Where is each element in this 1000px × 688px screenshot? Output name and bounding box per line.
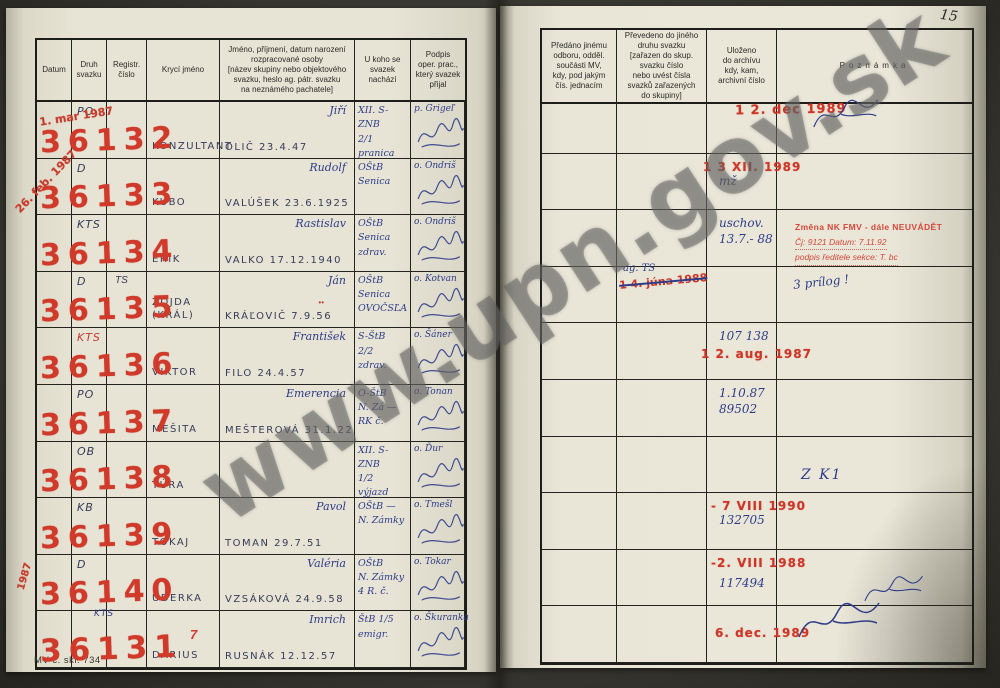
poznamka-cell: [777, 606, 972, 663]
col-header-kryci-jmeno: Krycí jméno: [147, 40, 220, 102]
u-koho-cell: OŠtB N. Zámky 4 R. č.: [355, 555, 411, 612]
podpis-cell: o. Tonan: [411, 385, 465, 442]
first-name: Jiří: [329, 104, 346, 117]
col-header-registr-cislo: Registr. číslo: [107, 40, 147, 102]
left-page: Datum Druh svazku Registr. číslo Krycí j…: [6, 8, 496, 672]
file-type-note: D: [77, 558, 86, 571]
poznamka-cell: [777, 493, 972, 550]
col-header-jmeno: Jméno, příjmení, datum narození rozpraco…: [220, 40, 355, 102]
col-header-druh-svazku: Druh svazku: [72, 40, 107, 102]
u-koho-cell: ŠtB 1/5 emigr.: [355, 611, 411, 668]
predano-cell: [542, 437, 617, 494]
prevedeno-cell: [617, 97, 707, 154]
podpis-cell: p. Grigeľ: [411, 102, 465, 159]
jmeno-cell: Pavol TOMAN 29.7.51: [220, 498, 355, 555]
registration-number-stamp: 36139: [39, 516, 180, 556]
podpis-cell: o. Kotvan: [411, 272, 465, 329]
prevedeno-cell: [617, 154, 707, 211]
archive-date-stamp: 1 2. dec 1989: [735, 103, 776, 119]
prevedeno-cell: [617, 437, 707, 494]
archive-date-stamp: - 7 VIII 1990: [711, 499, 776, 513]
table-row: -2. VIII 1988 117494: [542, 550, 972, 607]
first-name: František: [293, 330, 346, 343]
file-type-note: KB: [77, 501, 94, 514]
signature-name: o. Tokar: [414, 557, 451, 567]
table-row: 1 2. dec 1989: [542, 97, 972, 154]
jmeno-cell: Rudolf VALÚŠEK 23.6.1925: [220, 159, 355, 216]
file-holder-note: XII. S-ZNB 1/2 výjazd: [358, 444, 410, 501]
predano-cell: [542, 210, 617, 267]
signature-scribble-icon: [413, 456, 465, 494]
signature-name: o. Škuranka: [414, 613, 469, 623]
left-table-header: Datum Druh svazku Registr. číslo Krycí j…: [37, 40, 465, 102]
jmeno-cell: Imrich RUSNÁK 12.12.57: [220, 611, 355, 668]
registration-number-stamp: 36133: [39, 177, 180, 217]
first-name: Rastislav: [295, 217, 346, 230]
jmeno-cell: [220, 442, 355, 499]
pen-flourish-icon: [793, 596, 883, 648]
file-holder-note: OŠtB N. Zámky 4 R. č.: [358, 557, 404, 600]
col-header-ulozeno: Uloženo do archívu kdy, kam, archivní čí…: [707, 30, 777, 104]
signature-scribble-icon: [413, 625, 465, 663]
surname-and-birthdate: MEŠTEROVÁ 31.1.22: [225, 425, 353, 436]
signature-name: o. Ďur: [414, 444, 442, 454]
jmeno-cell: František FILO 24.4.57: [220, 328, 355, 385]
prevedeno-cell: [617, 606, 707, 663]
podpis-cell: o. Tokar: [411, 555, 465, 612]
col-header-u-koho: U koho se svazek nachází: [355, 40, 411, 102]
table-row: - 7 VIII 1990 132705: [542, 493, 972, 550]
file-holder-note: S-ŠtB 2/2 zdrav.: [358, 330, 387, 373]
jmeno-cell: Ján KRÁĽOVIČ 7.9.56: [220, 272, 355, 329]
first-name: Imrich: [309, 613, 346, 626]
right-page: 15 Předáno jinému odboru, odděl. součást…: [500, 6, 986, 668]
remark-note: Z K1: [801, 467, 843, 483]
crossed-date-stamp: 1 4. júna 1988: [619, 271, 708, 292]
registration-number-stamp: 36134: [39, 233, 180, 273]
table-row: OB TÚRA XII. S-ZNB 1/2: [37, 442, 465, 499]
poznamka-cell: [777, 154, 972, 211]
u-koho-cell: OŠtB — N. Zámky: [355, 498, 411, 555]
signature-name: o. Ondriš: [414, 217, 456, 227]
u-koho-cell: S-ŠtB 2/2 zdrav.: [355, 328, 411, 385]
registration-number-stamp: 36140: [39, 573, 180, 613]
registry-table-right: Předáno jinému odboru, odděl. součásti M…: [540, 28, 974, 665]
table-row: 26. feb. 1987 D KUBO Rudolf: [37, 159, 465, 216]
archive-number-note: uschov. 13.7.- 88: [719, 216, 776, 247]
ulozeno-cell: 1 2. dec 1989: [707, 97, 777, 154]
signature-scribble-icon: [413, 512, 465, 550]
file-holder-note: OŠtB — N. Zámky: [358, 500, 404, 529]
page-number: 15: [939, 7, 959, 25]
file-holder-note: OŠtB Senica zdrav.: [358, 217, 390, 260]
ulozeno-cell: 6. dec. 1989: [707, 606, 777, 663]
ulozeno-cell: [707, 437, 777, 494]
col-header-podpis: Podpis oper. prac., který svazek přijal: [411, 40, 465, 102]
jmeno-cell: Rastislav VALKO 17.12.1940: [220, 215, 355, 272]
registry-table-left: Datum Druh svazku Registr. číslo Krycí j…: [35, 38, 467, 670]
prevedeno-cell: [617, 323, 707, 380]
signature-scribble-icon: [413, 569, 465, 607]
surname-and-birthdate: OLIČ 23.4.47: [225, 142, 308, 153]
u-koho-cell: OŠtB Senica OVOČSĽA: [355, 272, 411, 329]
file-type-note: D: [77, 275, 86, 288]
table-row: KTS ERIK Rastislav VALKO 17.12.1940: [37, 215, 465, 272]
ulozeno-cell: 1.10.87 89502: [707, 380, 777, 437]
table-row: 1987 D ÚDERKA Valéria VZS: [37, 555, 465, 612]
signature-scribble-icon: [413, 173, 465, 211]
surname-and-birthdate: TOMAN 29.7.51: [225, 538, 323, 549]
right-table-header: Předáno jinému odboru, odděl. součásti M…: [542, 30, 972, 97]
archive-number-note: 107 138: [719, 329, 776, 345]
first-name: Valéria: [307, 557, 346, 570]
ulozeno-cell: 107 138 1 2. aug. 1987: [707, 323, 777, 380]
right-table-body: 1 2. dec 1989: [542, 97, 972, 663]
signature-scribble-icon: [413, 116, 465, 154]
ulozeno-cell: uschov. 13.7.- 88: [707, 210, 777, 267]
predano-cell: [542, 97, 617, 154]
podpis-cell: o. Ondriš: [411, 159, 465, 216]
file-type-note: D: [77, 162, 86, 175]
registration-number-stamp: 36131: [39, 628, 183, 669]
predano-cell: [542, 267, 617, 324]
podpis-cell: o. Šáner: [411, 328, 465, 385]
podpis-cell: o. Ďur: [411, 442, 465, 499]
table-row: uschov. 13.7.- 88 Změna NK FMV - dále NE…: [542, 210, 972, 267]
table-row: D TS ZOJDA (KRÁL) Ján KRÁĽOVIČ 7.9.56: [37, 272, 465, 329]
table-row: PO MEŠITA Emerencia MEŠTEROVÁ 31.1.22: [37, 385, 465, 442]
podpis-cell: o. Tmešl: [411, 498, 465, 555]
u-koho-cell: OŠtB Senica zdrav.: [355, 215, 411, 272]
signature-name: p. Grigeľ: [414, 104, 455, 114]
poznamka-cell: [777, 380, 972, 437]
predano-cell: [542, 323, 617, 380]
ulozeno-cell: [707, 267, 777, 324]
u-koho-cell: OŠtB Senica: [355, 159, 411, 216]
registration-number-stamp: 36135: [39, 290, 180, 330]
table-row: 1.10.87 89502: [542, 380, 972, 437]
signature-name: o. Šáner: [414, 330, 452, 340]
archive-date-stamp: -2. VIII 1988: [711, 556, 776, 570]
predano-cell: [542, 606, 617, 663]
remark-note: 3 prílog !: [792, 272, 849, 292]
poznamka-cell: [777, 97, 972, 154]
registration-number-stamp: 36138: [39, 460, 180, 500]
col-header-datum: Datum: [37, 40, 72, 102]
table-row: Z K1: [542, 437, 972, 494]
file-type-note: PO: [77, 388, 94, 401]
archive-number-note: 117494: [719, 576, 776, 592]
predano-cell: [542, 550, 617, 607]
pen-flourish-icon: [809, 95, 881, 135]
signature-scribble-icon: [413, 286, 465, 324]
file-holder-note: XII. S-ZNB 2/1 pranica: [358, 104, 410, 161]
file-holder-note: O-ŠtB N. Zá — RK č.: [358, 387, 397, 430]
prevedeno-cell: [617, 550, 707, 607]
archive-date-stamp: 1 2. aug. 1987: [701, 347, 776, 361]
jmeno-cell: Emerencia MEŠTEROVÁ 31.1.22: [220, 385, 355, 442]
table-row: KB TOKAJ Pavol TOMAN 29.7.51: [37, 498, 465, 555]
signature-name: o. Ondriš: [414, 161, 456, 171]
predano-cell: [542, 154, 617, 211]
ulozeno-cell: -2. VIII 1988 117494: [707, 550, 777, 607]
file-type-note: OB: [77, 445, 95, 458]
signature-scribble-icon: [413, 342, 465, 380]
surname-and-birthdate: KRÁĽOVIČ 7.9.56: [225, 311, 332, 322]
left-table-body: 1. mar 1987 PO KONZULTANT Jiří: [37, 102, 465, 668]
u-koho-cell: O-ŠtB N. Zá — RK č.: [355, 385, 411, 442]
table-row: ag. TS 1 4. júna 1988 3 prílog !: [542, 267, 972, 324]
date-stamp: 1987: [16, 561, 34, 591]
archive-number-note: 132705: [719, 513, 776, 529]
file-type-note: KTS: [77, 218, 101, 231]
surname-and-birthdate: FILO 24.4.57: [225, 368, 306, 379]
archive-number-note: 1.10.87 89502: [719, 386, 776, 417]
signature-name: o. Tmešl: [414, 500, 452, 510]
table-row: 1 3 XII. 1989 mž: [542, 154, 972, 211]
surname-and-birthdate: RUSNÁK 12.12.57: [225, 651, 337, 662]
first-name: Ján: [328, 274, 346, 287]
file-holder-note: OŠtB Senica OVOČSĽA: [358, 274, 407, 317]
jmeno-cell: Jiří OLIČ 23.4.47: [220, 102, 355, 159]
predano-cell: [542, 493, 617, 550]
registration-number-stamp: 36137: [39, 403, 180, 443]
table-row: 6. dec. 1989: [542, 606, 972, 663]
first-name: Rudolf: [309, 161, 346, 174]
prevedeno-cell: ag. TS 1 4. júna 1988: [617, 267, 707, 324]
poznamka-cell: Změna NK FMV - dále NEUVÁDĚT Čj: 9121 Da…: [777, 210, 972, 267]
signature-name: o. Kotvan: [414, 274, 457, 284]
first-name: Emerencia: [286, 387, 346, 400]
table-row: 107 138 1 2. aug. 1987: [542, 323, 972, 380]
u-koho-cell: XII. S-ZNB 2/1 pranica: [355, 102, 411, 159]
file-holder-note: OŠtB Senica: [358, 161, 390, 190]
ulozeno-cell: - 7 VIII 1990 132705: [707, 493, 777, 550]
ulozeno-cell: 1 3 XII. 1989 mž: [707, 154, 777, 211]
surname-and-birthdate: VZSÁKOVÁ 24.9.58: [225, 594, 344, 605]
signature-scribble-icon: [413, 229, 465, 267]
registration-number-stamp: 36132: [39, 120, 180, 160]
table-row: KTS DARIUS Imrich RUSNÁK 12.12.57: [37, 611, 465, 668]
poznamka-cell: Z K1: [777, 437, 972, 494]
scanned-registry-book-photo: Datum Druh svazku Registr. číslo Krycí j…: [0, 0, 1000, 688]
col-header-prevedeno: Převedeno do jiného druhu svazku [zařaze…: [617, 30, 707, 104]
red-remark-stamp: Změna NK FMV - dále NEUVÁDĚT Čj: 9121 Da…: [795, 220, 967, 265]
archive-date-stamp: 1 3 XII. 1989: [703, 160, 776, 174]
prevedeno-cell: [617, 210, 707, 267]
surname-and-birthdate: VALKO 17.12.1940: [225, 255, 342, 266]
signature-name: o. Tonan: [414, 387, 453, 397]
poznamka-cell: [777, 323, 972, 380]
u-koho-cell: XII. S-ZNB 1/2 výjazd: [355, 442, 411, 499]
registration-number-correction: 7: [190, 627, 197, 642]
surname-and-birthdate: VALÚŠEK 23.6.1925: [225, 198, 349, 209]
jmeno-cell: Valéria VZSÁKOVÁ 24.9.58: [220, 555, 355, 612]
poznamka-cell: 3 prílog !: [777, 267, 972, 324]
prevedeno-cell: [617, 380, 707, 437]
prevedeno-cell: [617, 493, 707, 550]
file-type-note: KTS: [77, 331, 101, 344]
table-row: 1. mar 1987 PO KONZULTANT Jiří: [37, 102, 465, 159]
predano-cell: [542, 380, 617, 437]
col-header-predano: Předáno jinému odboru, odděl. součásti M…: [542, 30, 617, 104]
podpis-cell: o. Ondriš: [411, 215, 465, 272]
archive-date-stamp: 6. dec. 1989: [715, 626, 776, 640]
podpis-cell: o. Škuranka: [411, 611, 465, 668]
first-name: Pavol: [316, 500, 346, 513]
conversion-note: ag. TS: [623, 263, 655, 274]
col-header-poznamka: Poznámka: [777, 30, 972, 104]
file-type-correction: TS: [115, 275, 128, 286]
registration-number-stamp: 36136: [39, 347, 180, 387]
table-row: KTS VIKTOR František FILO 24.4.57: [37, 328, 465, 385]
signature-scribble-icon: [413, 399, 465, 437]
archive-number-note: mž: [719, 174, 776, 190]
file-holder-note: ŠtB 1/5 emigr.: [358, 613, 394, 642]
